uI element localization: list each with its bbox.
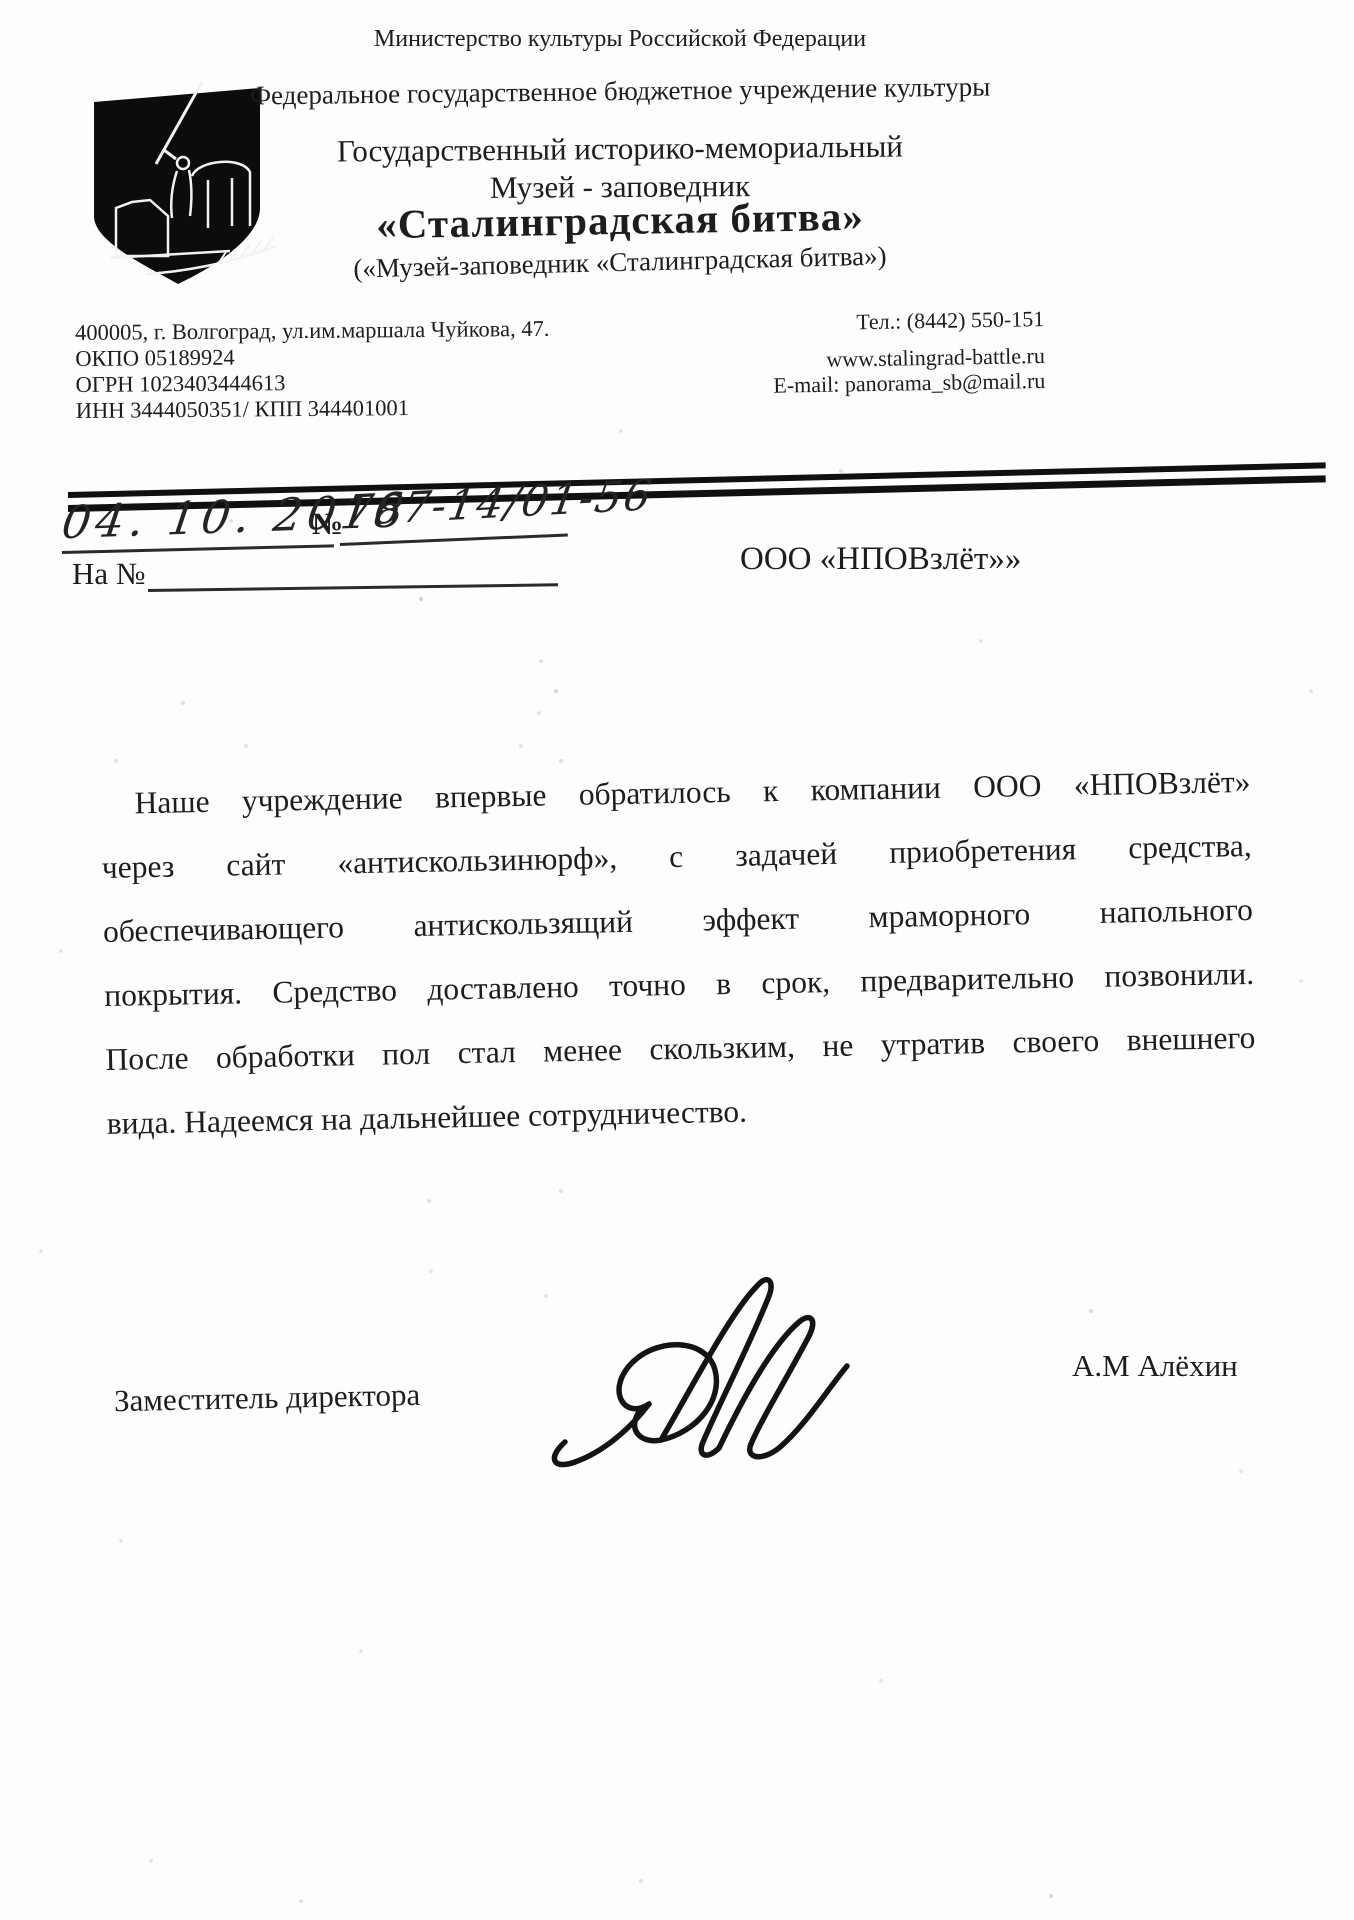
signature-icon [545,1270,885,1480]
scan-noise [0,0,2,2]
reply-underline [148,583,558,592]
ministry-line: Министерство культуры Российской Федерац… [170,26,1070,53]
reply-to-label: На № [72,556,145,592]
handwritten-number: 767-14/01-56 [342,470,656,536]
contact-block-left: 400005, г. Волгоград, ул.им.маршала Чуйк… [75,316,556,424]
organization-line-1: Государственный историко-мемориальный [170,127,1070,171]
signer-title: Заместитель директора [114,1377,421,1419]
recipient-name: ООО «НПОВзлёт»» [740,541,1021,578]
contact-block-right: Тел.: (8442) 550-151 www.stalingrad-batt… [624,306,1045,400]
signer-name: А.М Алёхин [1072,1348,1238,1384]
inn-kpp-line: ИНН 3444050351/ КПП 344401001 [76,394,556,424]
federal-institution-line: Федеральное государственное бюджетное уч… [170,71,1070,113]
scanned-letter-page: Министерство культуры Российской Федерац… [0,0,1354,1920]
phone-line: Тел.: (8442) 550-151 [624,306,1044,338]
letter-body: Наше учреждение впервые обратилось к ком… [100,750,1257,1156]
address-line: 400005, г. Волгоград, ул.им.маршала Чуйк… [75,316,555,346]
number-sign: № [312,506,343,542]
